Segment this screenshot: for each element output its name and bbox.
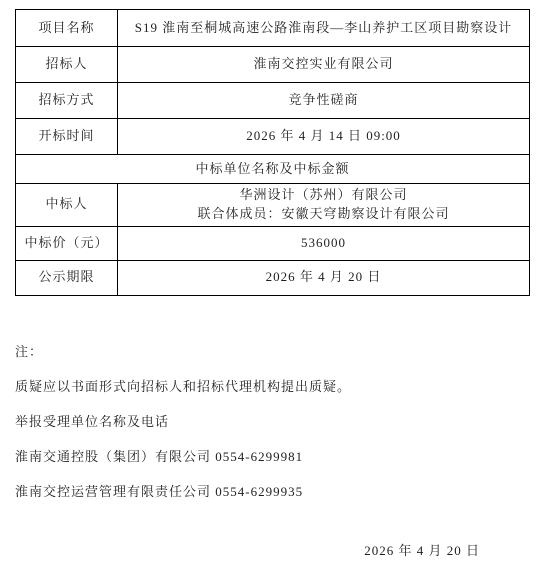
row-value-tenderer: 淮南交控实业有限公司 (118, 47, 530, 83)
row-label-winner: 中标人 (16, 184, 118, 227)
section-header-cell: 中标单位名称及中标金额 (16, 155, 530, 184)
note-objection-line: 质疑应以书面形式向招标人和招标代理机构提出质疑。 (15, 369, 530, 404)
bid-info-table: 项目名称 S19 淮南至桐城高速公路淮南段—李山养护工区项目勘察设计 招标人 淮… (15, 9, 530, 296)
note-report-unit-heading: 举报受理单位名称及电话 (15, 404, 530, 439)
table-row-section-header: 中标单位名称及中标金额 (16, 155, 530, 184)
row-label-winning-price: 中标价（元） (16, 226, 118, 260)
row-label-publicity-period: 公示期限 (16, 260, 118, 295)
row-value-project-name: S19 淮南至桐城高速公路淮南段—李山养护工区项目勘察设计 (118, 10, 530, 47)
row-value-opening-time: 2026 年 4 月 14 日 09:00 (118, 119, 530, 155)
table-row-project-name: 项目名称 S19 淮南至桐城高速公路淮南段—李山养护工区项目勘察设计 (16, 10, 530, 47)
table-row-publicity-period: 公示期限 2026 年 4 月 20 日 (16, 260, 530, 295)
table-row-winner: 中标人 华洲设计（苏州）有限公司 联合体成员：安徽天穹勘察设计有限公司 (16, 184, 530, 227)
row-label-tender-method: 招标方式 (16, 83, 118, 119)
table-row-winning-price: 中标价（元） 536000 (16, 226, 530, 260)
row-value-publicity-period: 2026 年 4 月 20 日 (118, 260, 530, 295)
row-label-project-name: 项目名称 (16, 10, 118, 47)
row-label-tenderer: 招标人 (16, 47, 118, 83)
notes-section: 注： 质疑应以书面形式向招标人和招标代理机构提出质疑。 举报受理单位名称及电话 … (15, 334, 530, 509)
signature-date: 2026 年 4 月 20 日 (364, 540, 480, 559)
table-row-tenderer: 招标人 淮南交控实业有限公司 (16, 47, 530, 83)
bid-announcement-page: 项目名称 S19 淮南至桐城高速公路淮南段—李山养护工区项目勘察设计 招标人 淮… (0, 0, 545, 581)
note-report-unit-1: 淮南交通控股（集团）有限公司 0554-6299981 (15, 439, 530, 474)
winner-consortium-member: 联合体成员：安徽天穹勘察设计有限公司 (122, 205, 525, 224)
note-heading: 注： (15, 334, 530, 369)
row-value-winner: 华洲设计（苏州）有限公司 联合体成员：安徽天穹勘察设计有限公司 (118, 184, 530, 227)
winner-company: 华洲设计（苏州）有限公司 (122, 186, 525, 205)
row-value-winning-price: 536000 (118, 226, 530, 260)
note-report-unit-2: 淮南交控运营管理有限责任公司 0554-6299935 (15, 474, 530, 509)
table-row-tender-method: 招标方式 竞争性磋商 (16, 83, 530, 119)
table-row-opening-time: 开标时间 2026 年 4 月 14 日 09:00 (16, 119, 530, 155)
row-value-tender-method: 竞争性磋商 (118, 83, 530, 119)
row-label-opening-time: 开标时间 (16, 119, 118, 155)
